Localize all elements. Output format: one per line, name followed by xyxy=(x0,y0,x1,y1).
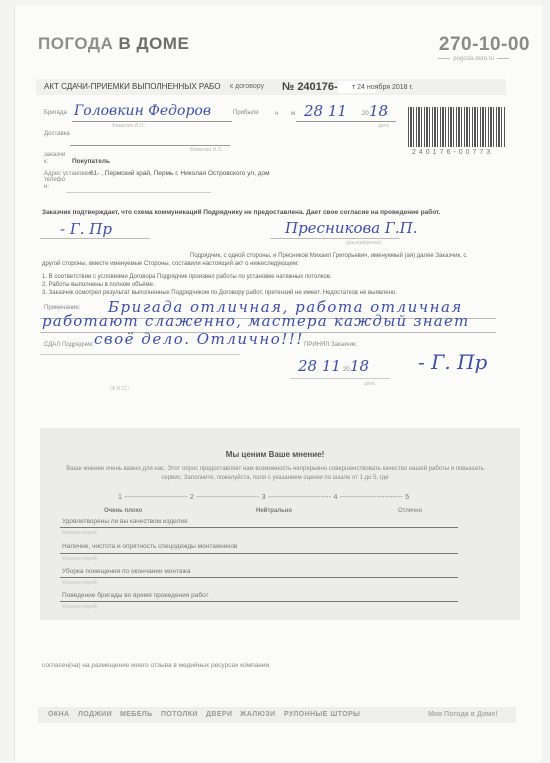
survey-comment-2: Комментарий xyxy=(62,556,97,562)
footer-nav-doors: ДВЕРИ xyxy=(206,711,232,718)
arrival-line xyxy=(296,121,396,122)
customer-accept-label: ПРИНЯЛ Заказчик: xyxy=(304,342,357,348)
parties-line-2: другой стороны, вместе именуемые Стороны… xyxy=(42,261,299,267)
signature-line-2 xyxy=(270,238,400,239)
footer-nav-blinds: ЖАЛЮЗИ xyxy=(240,711,275,718)
year-suffix: г. xyxy=(386,111,389,117)
customer-name-handwritten: Пресникова Г.П. xyxy=(285,219,417,237)
act-title: АКТ СДАЧИ-ПРИЕМКИ ВЫПОЛНЕННЫХ РАБО xyxy=(44,82,220,91)
delivery-line xyxy=(70,145,230,146)
company-logo: ПОГОДА В ДОМЕ xyxy=(38,34,189,54)
survey-question-2: Наличие, чистота и опрятность спецодежды… xyxy=(62,543,237,550)
company-phone: 270-10-00 xyxy=(439,34,530,56)
footer-nav-ceilings: ПОТОЛКИ xyxy=(161,711,198,718)
notes-handwritten-3: своё дело. Отлично!!! xyxy=(94,330,304,348)
logo-text-dark: В ДОМЕ xyxy=(118,34,189,53)
survey-question-1: Удовлетворены ли вы качеством изделия xyxy=(62,518,188,525)
contractor-line xyxy=(40,354,240,355)
hour-label: ч xyxy=(275,111,278,117)
scale-label-high: Отлично xyxy=(398,508,422,514)
accept-date-handwritten: 28 11 xyxy=(298,357,341,375)
customer-signature-1: - Г. Пр xyxy=(60,220,112,238)
barcode-number: 240176-00773 xyxy=(412,149,493,156)
footer-nav-furniture: МЕБЕЛЬ xyxy=(120,711,153,718)
company-site: pogoda-dom.ru xyxy=(435,56,512,62)
arrival-date-handwritten: 28 11 xyxy=(304,102,347,120)
survey-question-3: Уборка помещения по окончании монтажа xyxy=(62,568,191,575)
act-contract-label: к договору xyxy=(230,83,264,90)
contractor-label: СДАЛ Подрядчик: xyxy=(44,342,94,348)
survey-title: Мы ценим Ваше мнение! xyxy=(0,450,550,459)
survey-comment-4: Комментарий xyxy=(62,604,97,610)
notes-handwritten-2: работают слаженно, мастера каждый знает xyxy=(42,312,469,330)
minute-label: м xyxy=(291,111,295,117)
accept-signature: - Г. Пр xyxy=(418,350,487,374)
address-value: 61- , Пермский край, Пермь г, Николая Ос… xyxy=(90,170,270,177)
arrival-date-caption: дата xyxy=(378,123,389,129)
parties-line-1: Подрядчик, с одной стороны, и Пресников … xyxy=(190,253,466,259)
consent-text: согласен(на) на размещение моего отзыва … xyxy=(42,662,269,669)
footer-nav-loggias: ЛОДЖИИ xyxy=(78,711,112,718)
delivery-label: Доставка xyxy=(44,131,70,137)
survey-intro: Ваше мнение очень важно для нас. Этот оп… xyxy=(60,465,490,483)
phone-line xyxy=(66,192,211,193)
customer-label-2: к: xyxy=(44,159,48,165)
survey-line-2[interactable] xyxy=(60,553,458,554)
accept-year-prefix: 20 xyxy=(343,367,350,373)
customer-label-1: заказчи xyxy=(44,152,65,158)
crew-line xyxy=(72,121,232,122)
crew-handwritten: Головкин Федоров xyxy=(74,103,211,119)
year-prefix: 20 xyxy=(362,111,369,117)
customer-value: Покупатель xyxy=(72,158,110,165)
contractor-fio-caption: (Ф.И.О.) xyxy=(110,386,129,392)
rating-scale: 1 ------------------------ 2 -----------… xyxy=(118,494,410,501)
logo-text-light: ПОГОДА xyxy=(38,34,118,53)
barcode xyxy=(408,107,506,147)
signature-line-1 xyxy=(40,238,150,239)
delivery-fio-caption: Фамилия И.О. xyxy=(190,147,223,153)
clause-3: 3. Заказчик осмотрел результат выполненн… xyxy=(42,290,397,296)
footer-slogan: Моя Погода в Доме! xyxy=(428,711,498,718)
phone-label-1: телефо xyxy=(44,177,65,183)
survey-comment-3: Комментарий xyxy=(62,580,97,586)
scale-label-low: Очень плохо xyxy=(104,508,142,514)
confirmation-text: Заказчик подтверждает, что схема коммуни… xyxy=(42,209,440,216)
crew-fio-caption: Фамилия И.О. xyxy=(112,123,145,129)
survey-question-4: Поведение бригады во время проведения ра… xyxy=(62,592,209,599)
act-number-text: № 240176- xyxy=(282,81,338,93)
confirmation-caption: (расшифровка) xyxy=(346,240,382,246)
survey-comment-1: Комментарий xyxy=(62,530,97,536)
footer-nav-roller-blinds: РУЛОННЫЕ ШТОРЫ xyxy=(284,711,360,718)
accept-date-line xyxy=(290,378,390,379)
clause-2: 2. Работы выполнены в полном объёме. xyxy=(42,282,155,288)
clause-1: 1. В соответствии с условиями Договора П… xyxy=(42,274,332,280)
act-date: т 24 ноября 2018 г. xyxy=(352,84,413,91)
accept-date-caption: дата xyxy=(364,381,375,387)
arrived-label: Прибыли xyxy=(233,110,259,116)
survey-line-3[interactable] xyxy=(60,577,458,578)
scale-label-mid: Нейтрально xyxy=(256,508,292,514)
accept-year-handwritten: 18 xyxy=(350,357,369,375)
survey-line-4[interactable] xyxy=(60,601,458,602)
survey-line-1[interactable] xyxy=(60,527,458,528)
crew-label: Бригада xyxy=(44,110,67,116)
notes-label: Примечание: xyxy=(44,305,80,311)
phone-label-2: н: xyxy=(44,184,49,190)
footer-nav-windows: ОКНА xyxy=(48,711,69,718)
